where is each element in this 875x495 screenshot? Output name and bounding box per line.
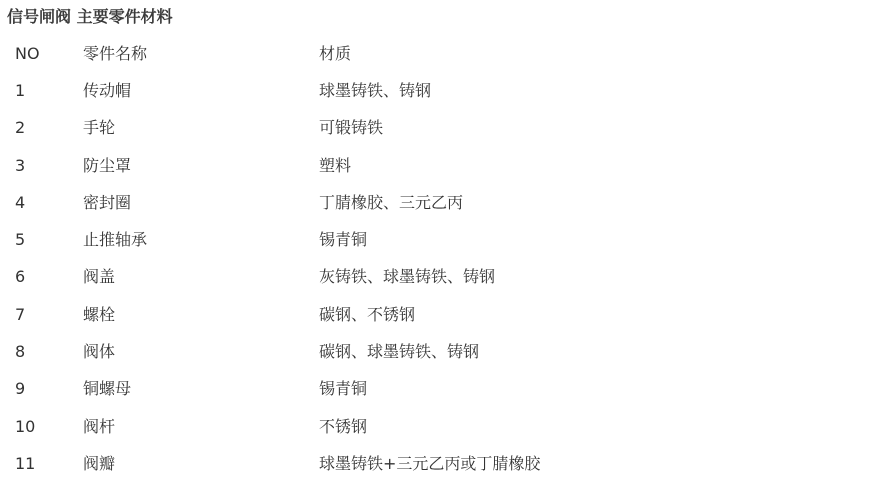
cell-part-name: 螺栓 bbox=[83, 296, 319, 333]
cell-material: 锡青铜 bbox=[319, 221, 719, 258]
cell-material: 可锻铸铁 bbox=[319, 110, 719, 147]
table-header-row: NO 零件名称 材质 bbox=[0, 35, 719, 72]
table-row: 2 手轮 可锻铸铁 bbox=[0, 110, 719, 147]
cell-part-name: 传动帽 bbox=[83, 72, 319, 109]
cell-material: 丁腈橡胶、三元乙丙 bbox=[319, 184, 719, 221]
cell-part-name: 铜螺母 bbox=[83, 371, 319, 408]
cell-no: 1 bbox=[0, 72, 83, 109]
cell-part-name: 密封圈 bbox=[83, 184, 319, 221]
cell-part-name: 阀体 bbox=[83, 333, 319, 370]
cell-no: 8 bbox=[0, 333, 83, 370]
header-material: 材质 bbox=[319, 35, 719, 72]
table-row: 10 阀杆 不锈钢 bbox=[0, 408, 719, 445]
cell-no: 5 bbox=[0, 221, 83, 258]
table-row: 7 螺栓 碳钢、不锈钢 bbox=[0, 296, 719, 333]
cell-no: 11 bbox=[0, 445, 83, 482]
cell-no: 3 bbox=[0, 147, 83, 184]
table-row: 4 密封圈 丁腈橡胶、三元乙丙 bbox=[0, 184, 719, 221]
cell-part-name: 阀杆 bbox=[83, 408, 319, 445]
cell-material: 灰铸铁、球墨铸铁、铸钢 bbox=[319, 259, 719, 296]
cell-no: 7 bbox=[0, 296, 83, 333]
table-row: 3 防尘罩 塑料 bbox=[0, 147, 719, 184]
header-no: NO bbox=[0, 35, 83, 72]
cell-no: 10 bbox=[0, 408, 83, 445]
cell-material: 锡青铜 bbox=[319, 371, 719, 408]
table-row: 9 铜螺母 锡青铜 bbox=[0, 371, 719, 408]
header-part-name: 零件名称 bbox=[83, 35, 319, 72]
cell-no: 6 bbox=[0, 259, 83, 296]
cell-no: 9 bbox=[0, 371, 83, 408]
table-row: 5 止推轴承 锡青铜 bbox=[0, 221, 719, 258]
cell-part-name: 止推轴承 bbox=[83, 221, 319, 258]
page-title: 信号闸阀 主要零件材料 bbox=[7, 6, 173, 28]
cell-material: 塑料 bbox=[319, 147, 719, 184]
materials-table: NO 零件名称 材质 1 传动帽 球墨铸铁、铸钢 2 手轮 可锻铸铁 3 防尘罩… bbox=[0, 35, 719, 483]
cell-material: 碳钢、球墨铸铁、铸钢 bbox=[319, 333, 719, 370]
cell-material: 球墨铸铁、铸钢 bbox=[319, 72, 719, 109]
table-row: 11 阀瓣 球墨铸铁+三元乙丙或丁腈橡胶 bbox=[0, 445, 719, 482]
table-row: 1 传动帽 球墨铸铁、铸钢 bbox=[0, 72, 719, 109]
cell-part-name: 手轮 bbox=[83, 110, 319, 147]
cell-material: 不锈钢 bbox=[319, 408, 719, 445]
table-row: 6 阀盖 灰铸铁、球墨铸铁、铸钢 bbox=[0, 259, 719, 296]
table-row: 8 阀体 碳钢、球墨铸铁、铸钢 bbox=[0, 333, 719, 370]
cell-material: 球墨铸铁+三元乙丙或丁腈橡胶 bbox=[319, 445, 719, 482]
cell-no: 4 bbox=[0, 184, 83, 221]
cell-part-name: 防尘罩 bbox=[83, 147, 319, 184]
cell-no: 2 bbox=[0, 110, 83, 147]
cell-part-name: 阀瓣 bbox=[83, 445, 319, 482]
cell-part-name: 阀盖 bbox=[83, 259, 319, 296]
cell-material: 碳钢、不锈钢 bbox=[319, 296, 719, 333]
